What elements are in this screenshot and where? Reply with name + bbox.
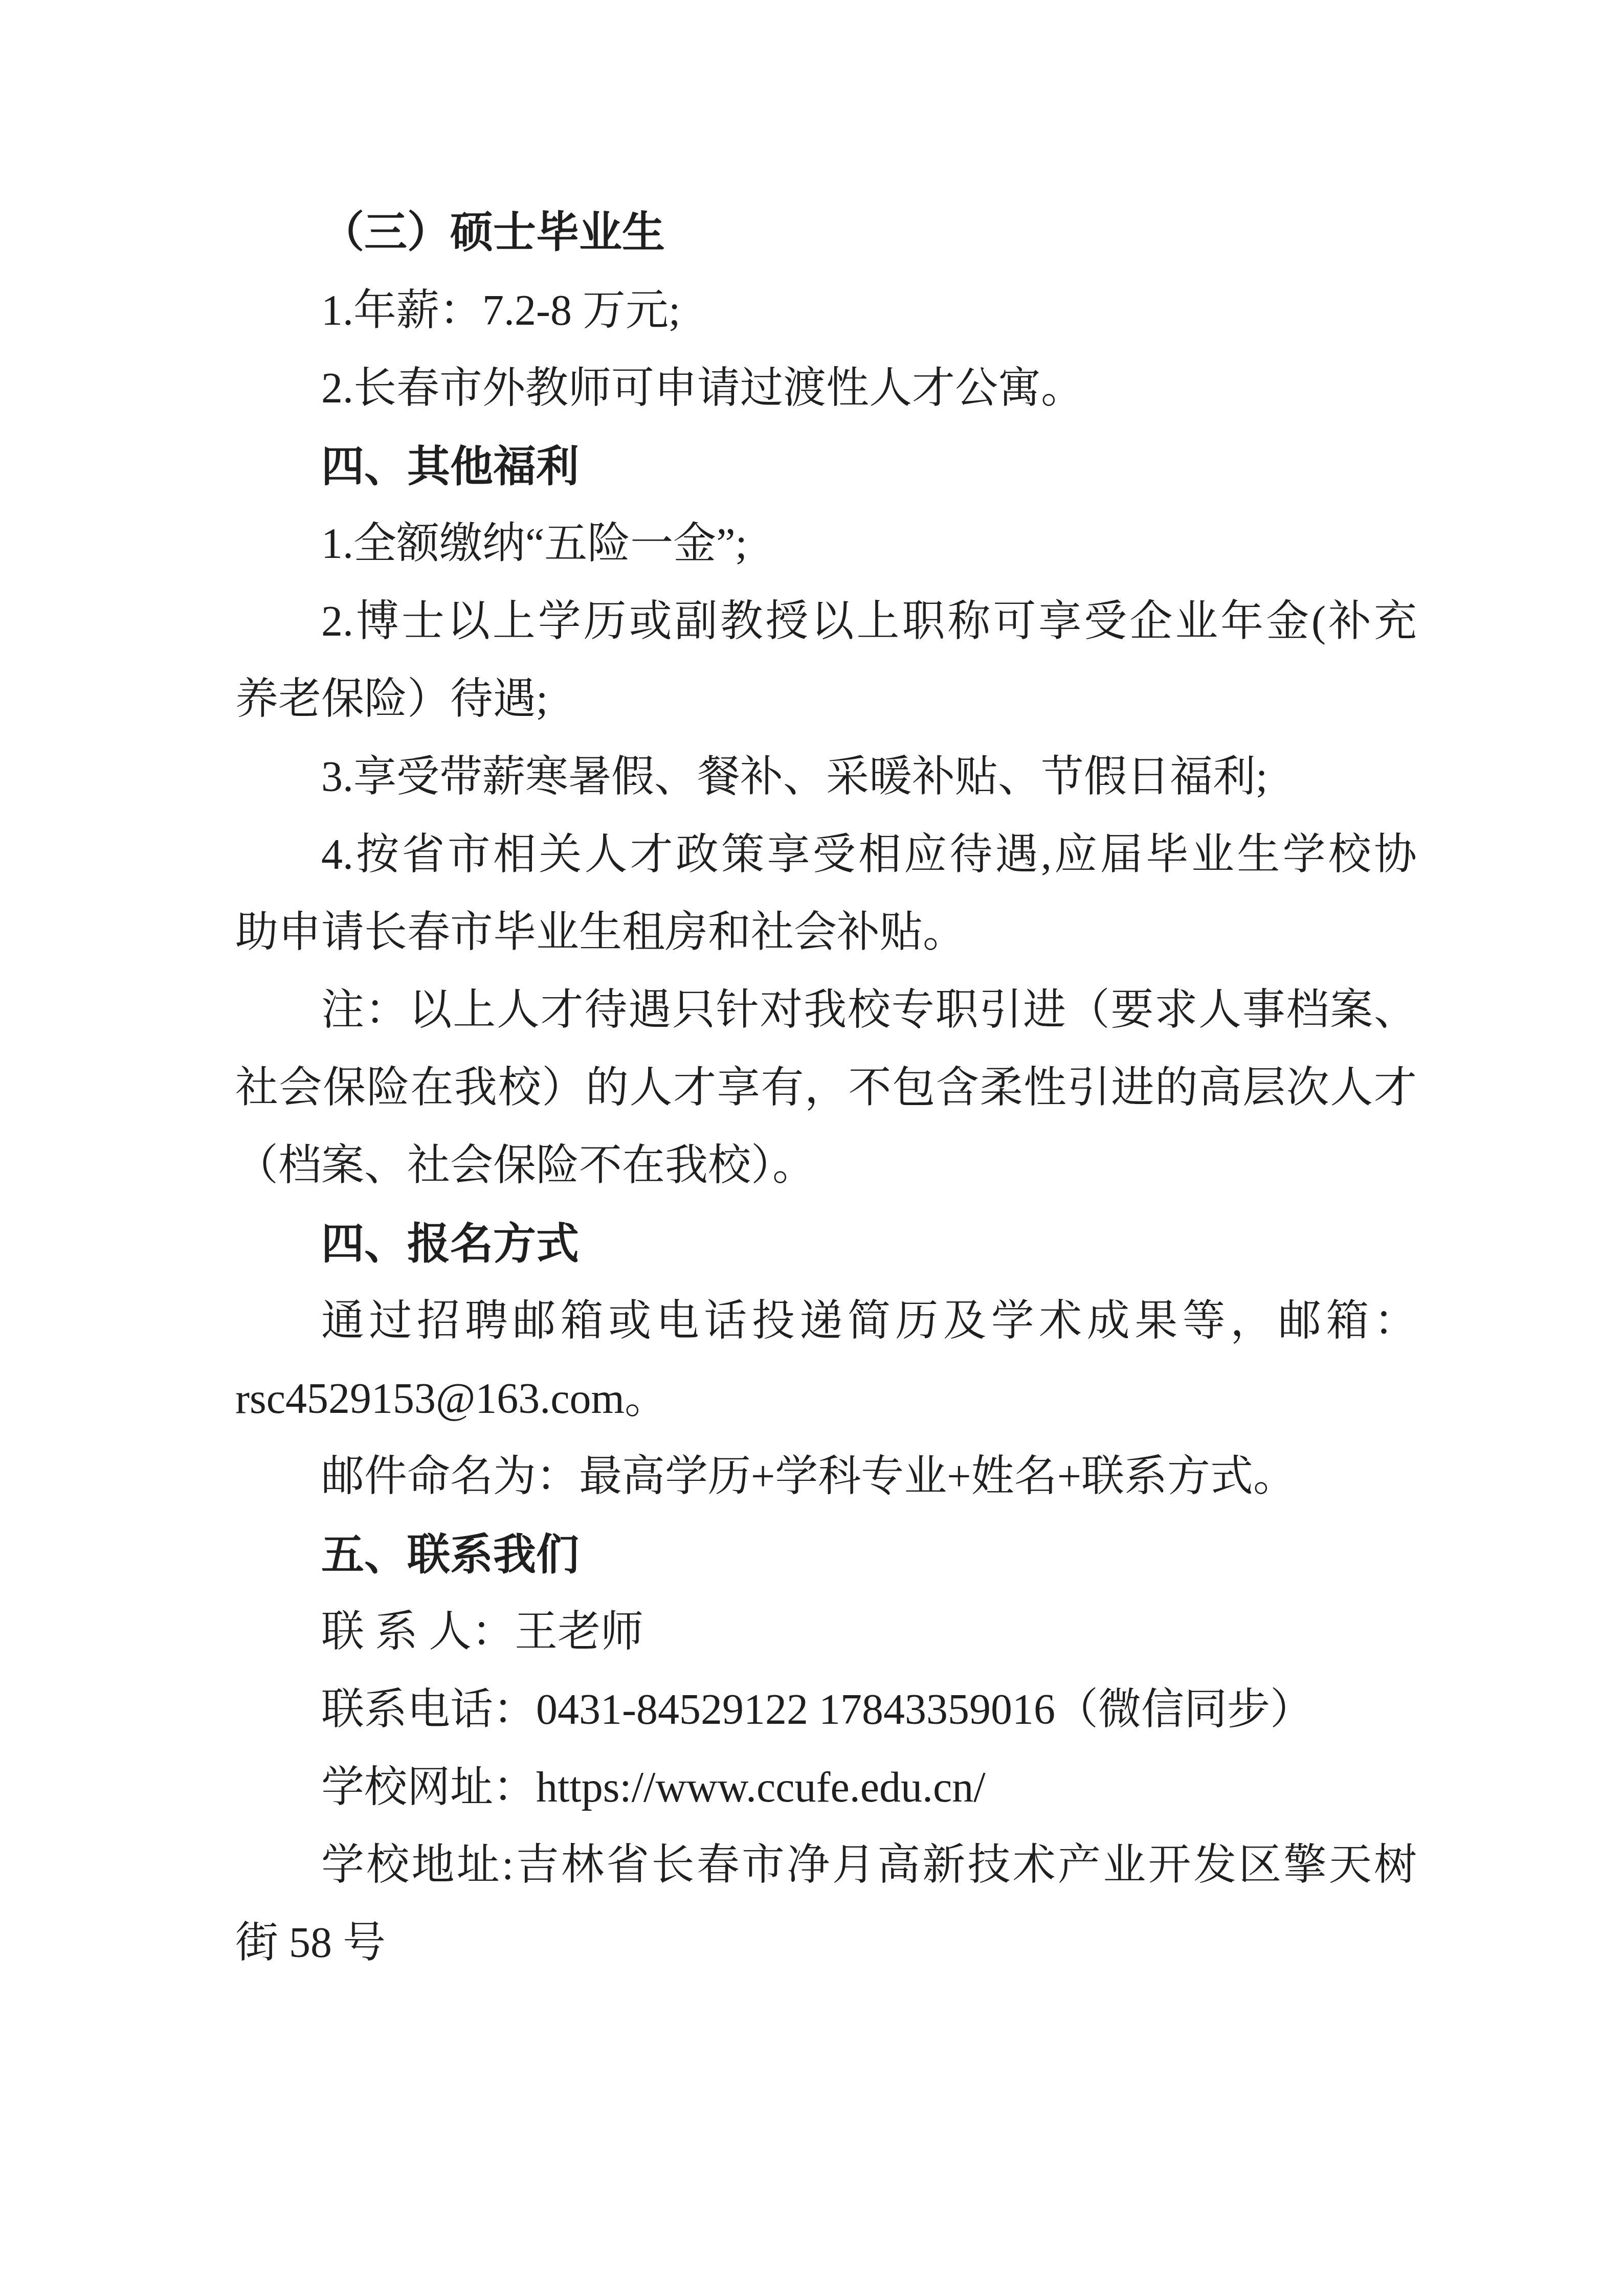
text-line-apply-naming: 邮件命名为：最高学历+学科专业+姓名+联系方式。 (235, 1438, 1417, 1516)
text-line-contact-phone: 联系电话：0431-84529122 17843359016（微信同步） (235, 1671, 1417, 1749)
text-line-insurance: 1.全额缴纳“五险一金”; (235, 505, 1417, 583)
document-content: （三）硕士毕业生1.年薪：7.2-8 万元;2.长春市外教师可申请过渡性人才公寓… (235, 194, 1417, 1982)
section-heading-apply-method: 四、报名方式 (235, 1205, 1417, 1282)
text-line-note-2: 社会保险在我校）的人才享有，不包含柔性引进的高层次人才 (235, 1049, 1417, 1127)
text-line-policy-2: 助申请长春市毕业生租房和社会补贴。 (235, 894, 1417, 972)
text-line-school-address-2: 街 58 号 (235, 1904, 1417, 1982)
section-heading-other-benefits: 四、其他福利 (235, 427, 1417, 505)
text-line-note-1: 注：以上人才待遇只针对我校专职引进（要求人事档案、 (235, 972, 1417, 1049)
text-line-apartment: 2.长春市外教师可申请过渡性人才公寓。 (235, 350, 1417, 427)
text-line-school-website: 学校网址：https://www.ccufe.edu.cn/ (235, 1749, 1417, 1827)
text-line-contact-person: 联 系 人：王老师 (235, 1593, 1417, 1671)
document-page: （三）硕士毕业生1.年薪：7.2-8 万元;2.长春市外教师可申请过渡性人才公寓… (0, 0, 1624, 2296)
section-heading-master-graduates: （三）硕士毕业生 (235, 194, 1417, 272)
section-heading-contact-us: 五、联系我们 (235, 1516, 1417, 1593)
text-line-annuity-1: 2.博士以上学历或副教授以上职称可享受企业年金(补充 (235, 583, 1417, 661)
text-line-salary: 1.年薪：7.2-8 万元; (235, 272, 1417, 350)
text-line-note-3: （档案、社会保险不在我校）。 (235, 1127, 1417, 1205)
text-line-annuity-2: 养老保险）待遇; (235, 661, 1417, 738)
text-line-school-address-1: 学校地址:吉林省长春市净月高新技术产业开发区擎天树 (235, 1827, 1417, 1904)
text-line-apply-1: 通过招聘邮箱或电话投递简历及学术成果等，邮箱： (235, 1282, 1417, 1360)
text-line-paid-holiday: 3.享受带薪寒暑假、餐补、采暖补贴、节假日福利; (235, 738, 1417, 816)
text-line-policy-1: 4.按省市相关人才政策享受相应待遇,应届毕业生学校协 (235, 816, 1417, 894)
text-line-apply-email: rsc4529153@163.com。 (235, 1360, 1417, 1438)
